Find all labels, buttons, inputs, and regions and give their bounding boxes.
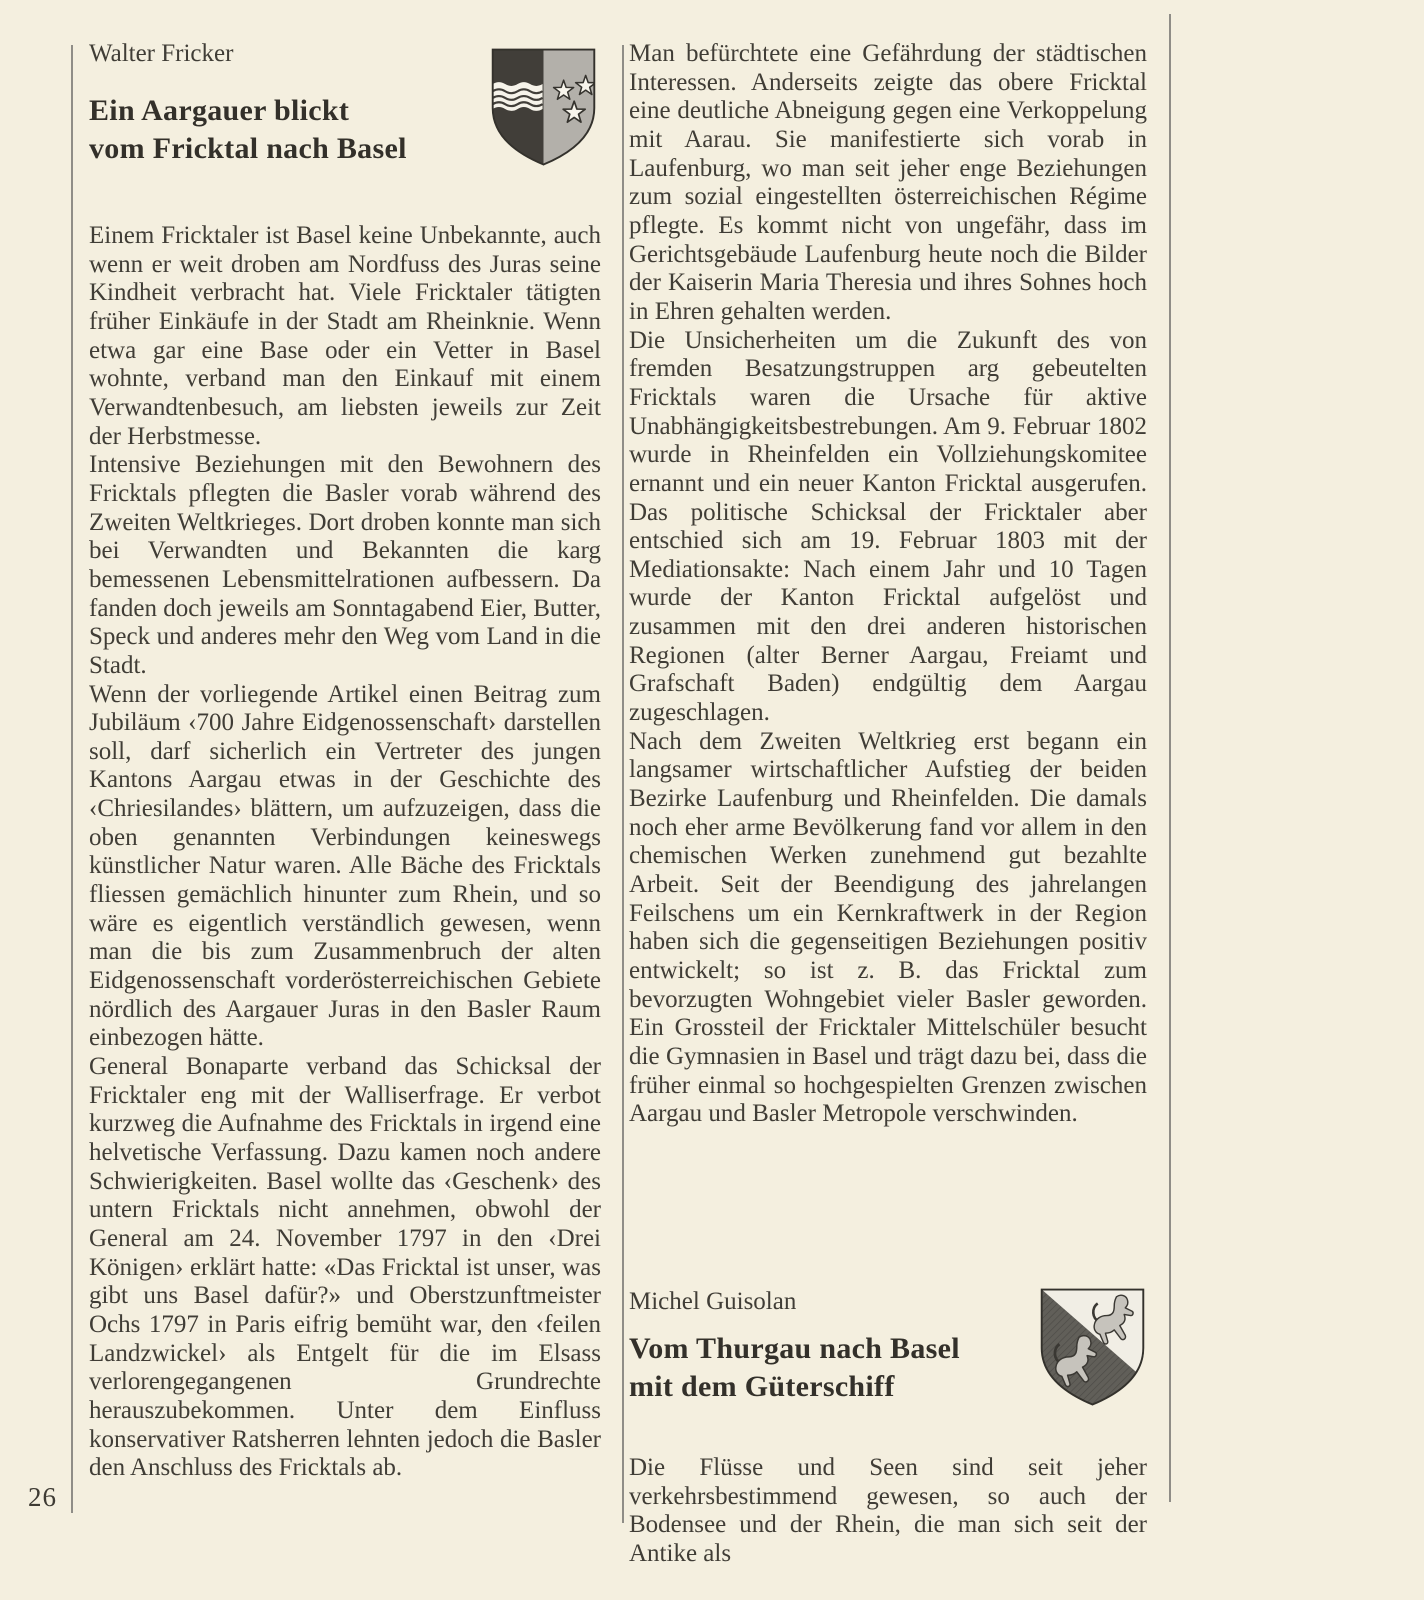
magazine-page: 26 Walter Fricker Ein Aargauer blickt vo… [0, 0, 1424, 1600]
wavy-river-lines [493, 82, 543, 111]
page-number: 26 [28, 1482, 57, 1513]
article1-body-column1: Einem Fricktaler ist Basel keine Unbekan… [89, 222, 601, 1483]
article1-title-line2: vom Fricktal nach Basel [89, 130, 407, 168]
column-divider-rule [622, 45, 624, 1523]
article2-body: Die Flüsse und Seen sind seit jeher verk… [629, 1454, 1147, 1569]
aargau-coat-of-arms-icon [486, 44, 601, 172]
article1-body-column2: Man befürchtete eine Gefährdung der städ… [629, 40, 1147, 1129]
article2-title-line2: mit dem Güterschiff [629, 1368, 960, 1406]
thurgau-coat-of-arms-icon [1035, 1284, 1150, 1412]
shield-light-half [544, 50, 595, 167]
article1-title-line1: Ein Aargauer blickt [89, 92, 407, 130]
article1-author: Walter Fricker [89, 40, 233, 68]
article1-title: Ein Aargauer blickt vom Fricktal nach Ba… [89, 92, 407, 168]
article2-title-line1: Vom Thurgau nach Basel [629, 1330, 960, 1368]
paragraph: Man befürchtete eine Gefährdung der städ… [629, 40, 1147, 327]
article2-title: Vom Thurgau nach Basel mit dem Güterschi… [629, 1330, 960, 1406]
paragraph: General Bonaparte verband das Schicksal … [89, 1053, 601, 1483]
paragraph: Die Unsicherheiten um die Zukunft des vo… [629, 327, 1147, 728]
paragraph: Die Flüsse und Seen sind seit jeher verk… [629, 1454, 1147, 1569]
left-margin-rule [71, 45, 73, 1513]
paragraph: Einem Fricktaler ist Basel keine Unbekan… [89, 222, 601, 451]
article2-author: Michel Guisolan [629, 1288, 796, 1316]
paragraph: Nach dem Zweiten Weltkrieg erst begann e… [629, 728, 1147, 1129]
paragraph: Intensive Beziehungen mit den Bewohnern … [89, 451, 601, 680]
right-margin-rule [1169, 14, 1171, 1502]
paragraph: Wenn der vorliegende Artikel einen Beitr… [89, 681, 601, 1054]
